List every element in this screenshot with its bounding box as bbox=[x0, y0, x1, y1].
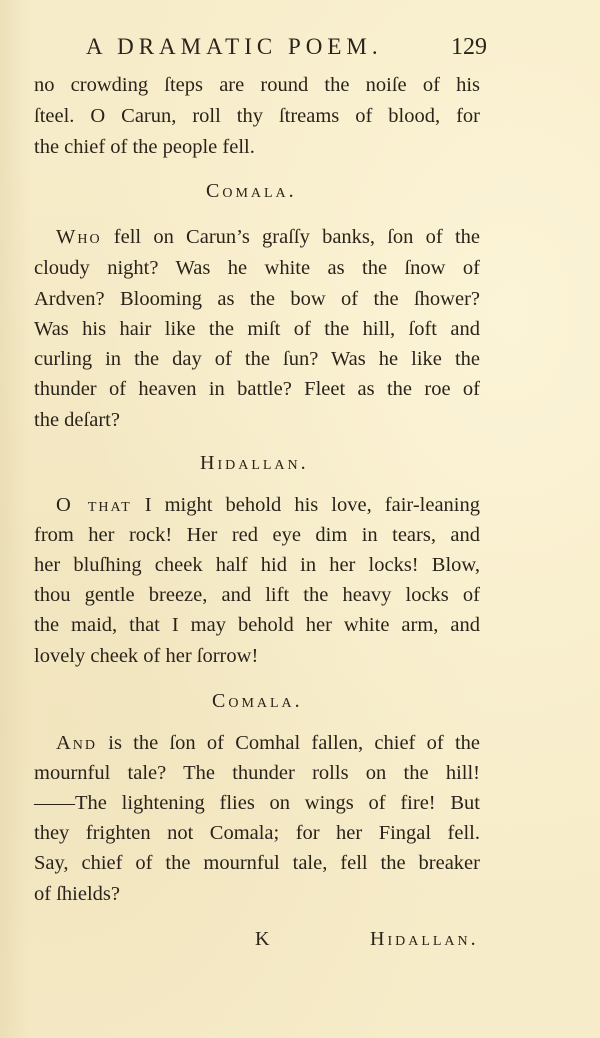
text-line: thunder of heaven in battle? Fleet as th… bbox=[34, 374, 480, 404]
text-line: mournful tale? The thunder rolls on the … bbox=[34, 758, 480, 788]
text-fragment: is the ſon of Comhal fallen, chief of th… bbox=[97, 732, 480, 754]
text-line: curling in the day of the ſun? Was he li… bbox=[34, 344, 480, 374]
text-line: ——The lightening flies on wings of fire!… bbox=[34, 788, 480, 818]
text-line: the chief of the people fell. bbox=[34, 132, 480, 162]
text-fragment: I might behold his love, fair-leaning bbox=[132, 494, 480, 516]
text-line: thou gentle breeze, and lift the heavy l… bbox=[34, 580, 480, 610]
text-line: Was his hair like the miſt of the hill, … bbox=[34, 314, 480, 344]
text-line: they frighten not Comala; for her Fingal… bbox=[34, 818, 480, 848]
page-number: 129 bbox=[451, 34, 487, 61]
paragraph-lead-word: O that bbox=[56, 494, 132, 516]
catchword: Hidallan. bbox=[370, 928, 479, 951]
text-line: ſteel. O Carun, roll thy ſtreams of bloo… bbox=[34, 101, 480, 131]
speaker-heading: Comala. bbox=[212, 690, 303, 713]
signature-mark: K bbox=[255, 928, 269, 951]
text-line: Say, chief of the mournful tale, fell th… bbox=[34, 848, 480, 878]
text-line: her bluſhing cheek half hid in her locks… bbox=[34, 550, 480, 580]
text-line-first: Who fell on Carun’s graſſy banks, ſon of… bbox=[56, 222, 480, 252]
running-head-title: A DRAMATIC POEM. bbox=[86, 34, 383, 60]
text-line: the deſart? bbox=[34, 405, 480, 435]
text-line: no crowding ſteps are round the noiſe of… bbox=[34, 70, 480, 100]
text-line: lovely cheek of her ſorrow! bbox=[34, 641, 480, 671]
paragraph-lead-word: Who bbox=[56, 226, 102, 248]
text-line-first: O that I might behold his love, fair-lea… bbox=[56, 490, 480, 520]
text-line: the maid, that I may behold her white ar… bbox=[34, 610, 480, 640]
text-line: from her rock! Her red eye dim in tears,… bbox=[34, 520, 480, 550]
text-line: of ſhields? bbox=[34, 879, 480, 909]
speaker-heading: Comala. bbox=[206, 180, 297, 203]
text-line: Ardven? Blooming as the bow of the ſhowe… bbox=[34, 284, 480, 314]
speaker-heading: Hidallan. bbox=[200, 452, 309, 475]
text-fragment: fell on Carun’s graſſy banks, ſon of the bbox=[102, 226, 480, 248]
paragraph-lead-word: And bbox=[56, 732, 97, 754]
text-line: cloudy night? Was he white as the ſnow o… bbox=[34, 253, 480, 283]
text-line-first: And is the ſon of Comhal fallen, chief o… bbox=[56, 728, 480, 758]
